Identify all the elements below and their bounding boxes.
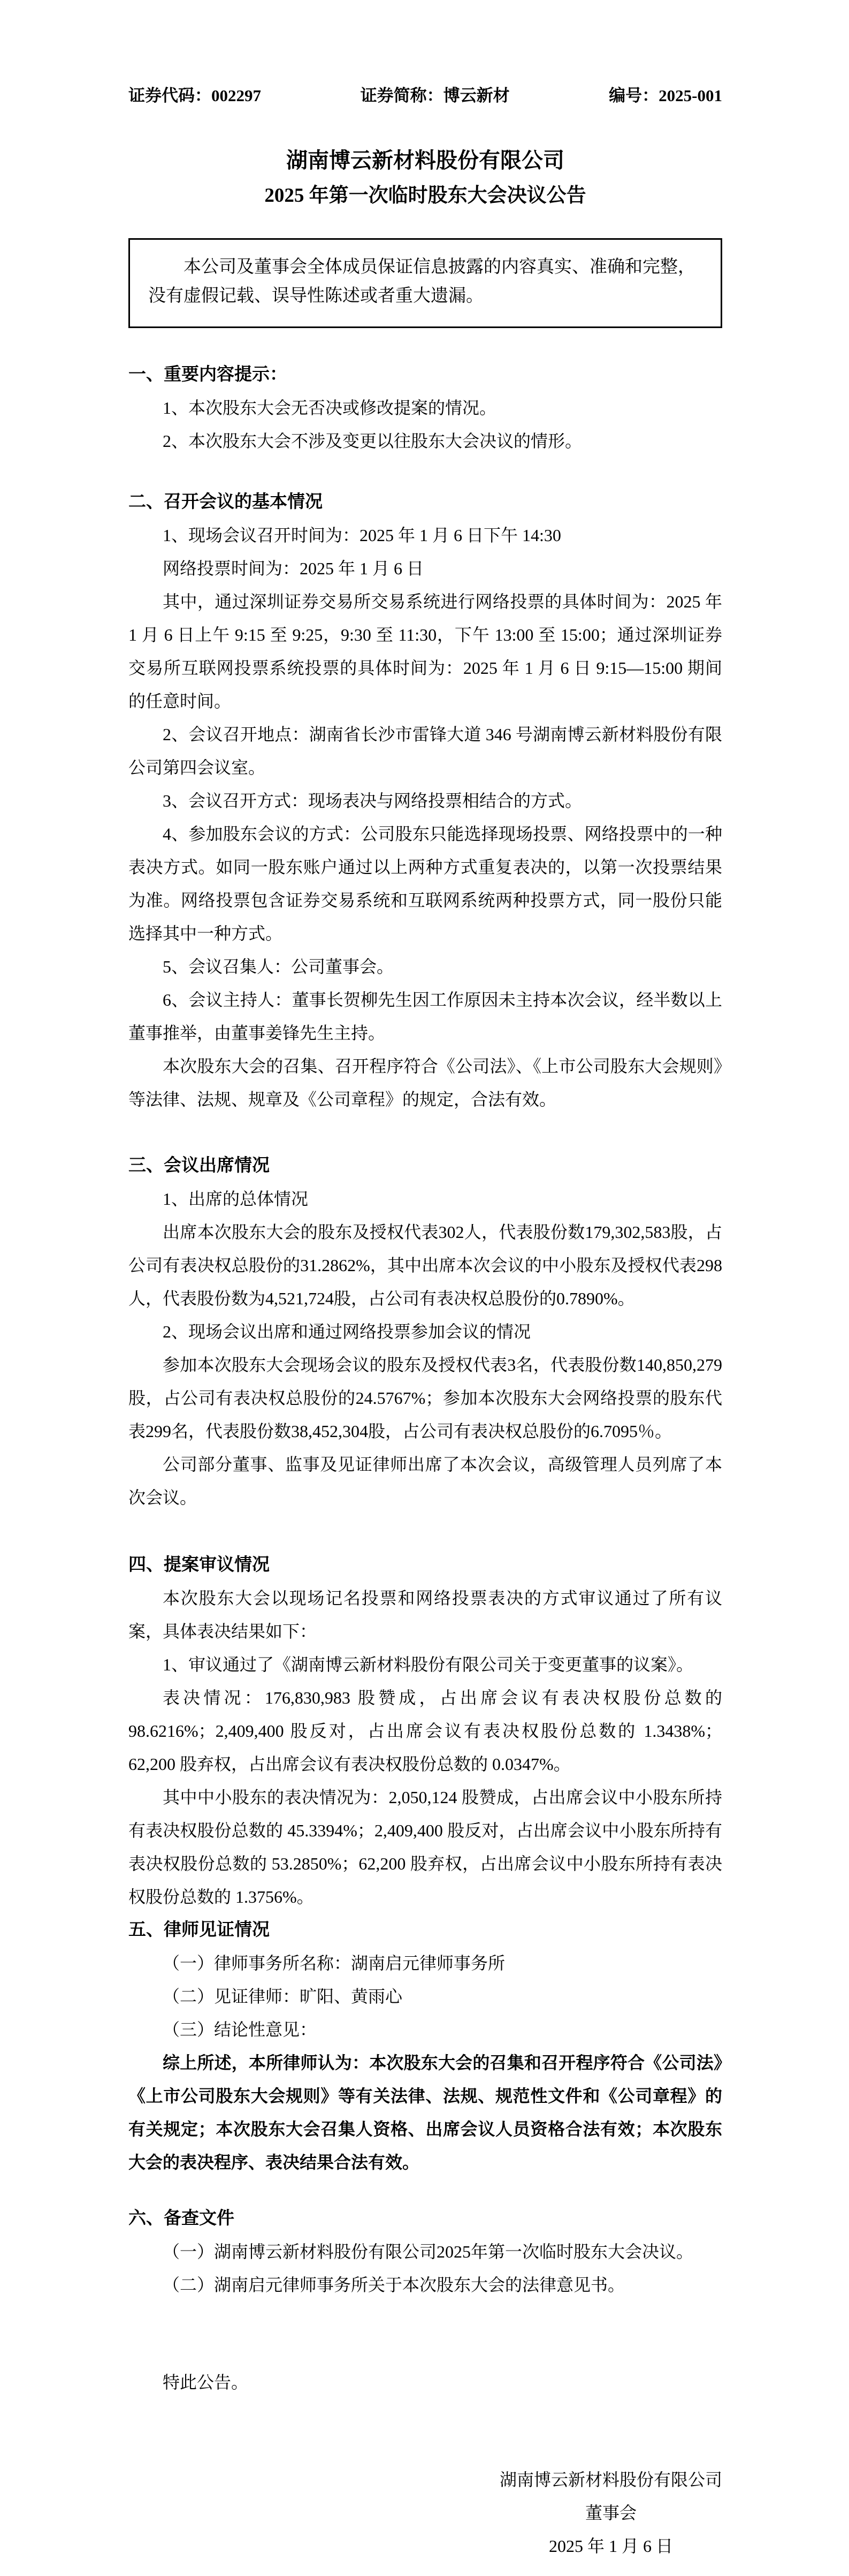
paragraph: 1、现场会议召开时间为：2025 年 1 月 6 日下午 14:30 <box>128 519 722 552</box>
section6-heading: 六、备查文件 <box>128 2202 722 2235</box>
company-title: 湖南博云新材料股份有限公司 <box>128 142 722 179</box>
paragraph: （二）见证律师：旷阳、黄雨心 <box>128 1980 722 2013</box>
section-important-notes: 一、重要内容提示： 1、本次股东大会无否决或修改提案的情况。 2、本次股东大会不… <box>128 358 722 458</box>
section-attendance: 三、会议出席情况 1、出席的总体情况 出席本次股东大会的股东及授权代表302人，… <box>128 1149 722 1514</box>
paragraph: （二）湖南启元律师事务所关于本次股东大会的法律意见书。 <box>128 2268 722 2301</box>
section2-heading: 二、召开会议的基本情况 <box>128 485 722 519</box>
paragraph: （三）结论性意见： <box>128 2013 722 2046</box>
section-lawyer-witness: 五、律师见证情况 （一）律师事务所名称：湖南启元律师事务所 （二）见证律师：旷阳… <box>128 1913 722 2179</box>
section-proposals: 四、提案审议情况 本次股东大会以现场记名投票和网络投票表决的方式审议通过了所有议… <box>128 1548 722 1913</box>
announcement-number: 编号：2025-001 <box>609 79 722 112</box>
paragraph: 本次股东大会以现场记名投票和网络投票表决的方式审议通过了所有议案，具体表决结果如… <box>128 1582 722 1648</box>
section5-heading: 五、律师见证情况 <box>128 1913 722 1947</box>
paragraph: 5、会议召集人：公司董事会。 <box>128 950 722 983</box>
signature-block: 湖南博云新材料股份有限公司 董事会 2025 年 1 月 6 日 <box>500 2463 722 2563</box>
paragraph: 其中中小股东的表决情况为：2,050,124 股赞成，占出席会议中小股东所持有表… <box>128 1781 722 1913</box>
document-page: 证券代码：002297 证券简称：博云新材 编号：2025-001 湖南博云新材… <box>0 0 849 2576</box>
paragraph: 出席本次股东大会的股东及授权代表302人，代表股份数179,302,583股，占… <box>128 1215 722 1315</box>
signature-board: 董事会 <box>500 2496 722 2529</box>
disclaimer-text: 本公司及董事会全体成员保证信息披露的内容真实、准确和完整，没有虚假记载、误导性陈… <box>148 257 695 306</box>
signature-date: 2025 年 1 月 6 日 <box>500 2529 722 2563</box>
section1-item: 1、本次股东大会无否决或修改提案的情况。 <box>128 391 722 424</box>
closing-statement: 特此公告。 <box>128 2366 722 2399</box>
paragraph: 参加本次股东大会现场会议的股东及授权代表3名，代表股份数140,850,279股… <box>128 1348 722 1448</box>
section1-heading: 一、重要内容提示： <box>128 358 722 391</box>
paragraph: 公司部分董事、监事及见证律师出席了本次会议，高级管理人员列席了本次会议。 <box>128 1448 722 1514</box>
paragraph: 3、会议召开方式：现场表决与网络投票相结合的方式。 <box>128 784 722 817</box>
stock-code: 证券代码：002297 <box>128 79 261 112</box>
paragraph: （一）律师事务所名称：湖南启元律师事务所 <box>128 1947 722 1980</box>
paragraph: （一）湖南博云新材料股份有限公司2025年第一次临时股东大会决议。 <box>128 2235 722 2268</box>
section-reference-documents: 六、备查文件 （一）湖南博云新材料股份有限公司2025年第一次临时股东大会决议。… <box>128 2202 722 2301</box>
announcement-title: 2025 年第一次临时股东大会决议公告 <box>128 179 722 212</box>
paragraph: 4、参加股东会议的方式：公司股东只能选择现场投票、网络投票中的一种表决方式。如同… <box>128 817 722 950</box>
paragraph: 1、审议通过了《湖南博云新材料股份有限公司关于变更董事的议案》。 <box>128 1648 722 1681</box>
section4-heading: 四、提案审议情况 <box>128 1548 722 1582</box>
paragraph: 2、会议召开地点：湖南省长沙市雷锋大道 346 号湖南博云新材料股份有限公司第四… <box>128 718 722 784</box>
stock-abbreviation: 证券简称：博云新材 <box>361 79 510 112</box>
paragraph: 1、出席的总体情况 <box>128 1182 722 1215</box>
paragraph: 6、会议主持人：董事长贺柳先生因工作原因未主持本次会议，经半数以上董事推举，由董… <box>128 983 722 1050</box>
section3-heading: 三、会议出席情况 <box>128 1149 722 1182</box>
section1-item: 2、本次股东大会不涉及变更以往股东大会决议的情形。 <box>128 424 722 458</box>
signature-company: 湖南博云新材料股份有限公司 <box>500 2463 722 2496</box>
lawyer-conclusion: 综上所述，本所律师认为：本次股东大会的召集和召开程序符合《公司法》《上市公司股东… <box>128 2046 722 2179</box>
paragraph: 其中，通过深圳证券交易所交易系统进行网络投票的具体时间为：2025 年 1 月 … <box>128 585 722 718</box>
paragraph: 本次股东大会的召集、召开程序符合《公司法》、《上市公司股东大会规则》等法律、法规… <box>128 1050 722 1116</box>
section-meeting-basics: 二、召开会议的基本情况 1、现场会议召开时间为：2025 年 1 月 6 日下午… <box>128 485 722 1116</box>
disclaimer-box: 本公司及董事会全体成员保证信息披露的内容真实、准确和完整，没有虚假记载、误导性陈… <box>128 238 722 328</box>
document-header-row: 证券代码：002297 证券简称：博云新材 编号：2025-001 <box>128 79 722 112</box>
paragraph: 网络投票时间为：2025 年 1 月 6 日 <box>128 552 722 585</box>
paragraph: 表决情况：176,830,983 股赞成，占出席会议有表决权股份总数的 98.6… <box>128 1681 722 1781</box>
paragraph: 2、现场会议出席和通过网络投票参加会议的情况 <box>128 1315 722 1348</box>
